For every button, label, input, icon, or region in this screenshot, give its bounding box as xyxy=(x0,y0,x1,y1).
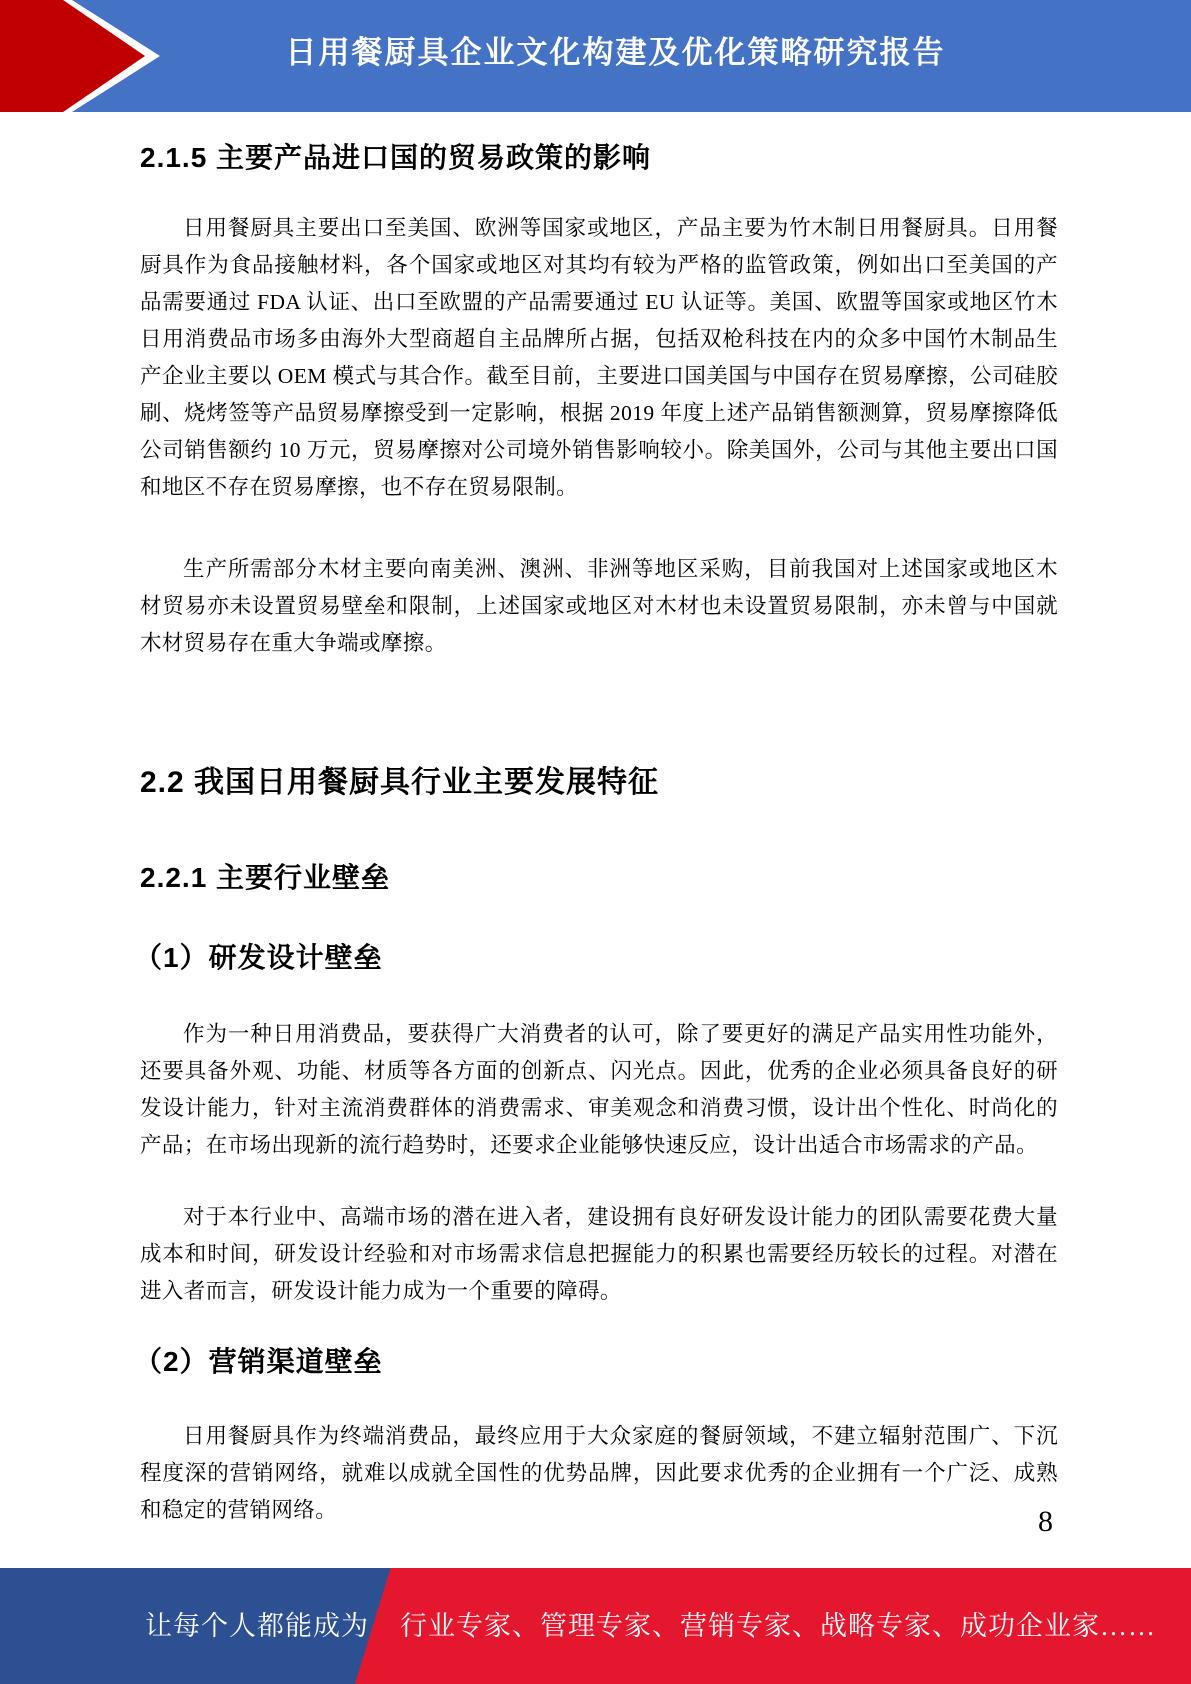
heading-barrier-1: （1）研发设计壁垒 xyxy=(134,936,1058,976)
paragraph-rd-barrier-2: 对于本行业中、高端市场的潜在进入者，建设拥有良好研发设计能力的团队需要花费大量成… xyxy=(140,1199,1058,1310)
page-header-banner: 日用餐厨具企业文化构建及优化策略研究报告 xyxy=(0,0,1191,112)
page-footer: 让每个人都能成为 行业专家、管理专家、营销专家、战略专家、成功企业家…… xyxy=(0,1568,1191,1684)
paragraph-marketing-barrier-1: 日用餐厨具作为终端消费品，最终应用于大众家庭的餐厨领域，不建立辐射范围广、下沉程… xyxy=(140,1418,1058,1529)
heading-2-2: 2.2 我国日用餐厨具行业主要发展特征 xyxy=(140,757,1058,801)
heading-2-2-1: 2.2.1 主要行业壁垒 xyxy=(140,856,1058,896)
paragraph-trade-policy-2: 生产所需部分木材主要向南美洲、澳洲、非洲等地区采购，目前我国对上述国家或地区木材… xyxy=(140,551,1058,662)
report-page: 日用餐厨具企业文化构建及优化策略研究报告 2.1.5 主要产品进口国的贸易政策的… xyxy=(0,0,1191,1684)
report-title: 日用餐厨具企业文化构建及优化策略研究报告 xyxy=(0,0,1191,112)
footer-slogan-right: 行业专家、管理专家、营销专家、战略专家、成功企业家…… xyxy=(400,1568,1156,1684)
heading-2-1-5: 2.1.5 主要产品进口国的贸易政策的影响 xyxy=(140,136,1058,176)
paragraph-rd-barrier-1: 作为一种日用消费品，要获得广大消费者的认可，除了要更好的满足产品实用性功能外，还… xyxy=(140,1016,1058,1164)
footer-slogan-left: 让每个人都能成为 xyxy=(145,1568,369,1684)
paragraph-trade-policy-1: 日用餐厨具主要出口至美国、欧洲等国家或地区，产品主要为竹木制日用餐厨具。日用餐厨… xyxy=(140,210,1058,506)
heading-barrier-2: （2）营销渠道壁垒 xyxy=(134,1340,1058,1380)
document-body: 2.1.5 主要产品进口国的贸易政策的影响 日用餐厨具主要出口至美国、欧洲等国家… xyxy=(0,136,1191,1529)
page-number: 8 xyxy=(1038,1505,1053,1539)
